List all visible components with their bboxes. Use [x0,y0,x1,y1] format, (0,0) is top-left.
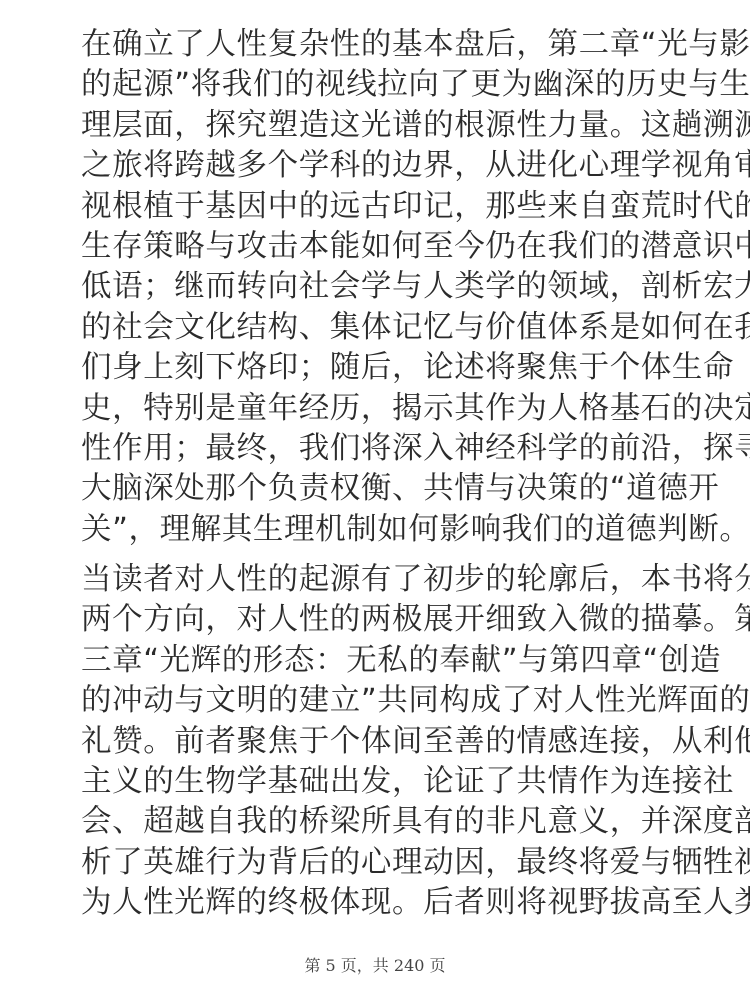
text-line: 析了英雄行为背后的心理动因，最终将爱与牺牲视 [81,843,673,883]
text-line: 当读者对人性的起源有了初步的轮廓后，本书将分 [81,560,673,600]
text-line: 主义的生物学基础出发，论证了共情作为连接社 [81,762,673,802]
text-line: 为人性光辉的终极体现。后者则将视野拔高至人类 [81,883,673,923]
text-line: 之旅将跨越多个学科的边界，从进化心理学视角审 [81,146,673,186]
page-number-footer: 第 5 页，共 240 页 [0,953,750,976]
text-line: 的社会文化结构、集体记忆与价值体系是如何在我 [81,308,673,348]
paragraph-1: 在确立了人性复杂性的基本盘后，第二章“光与影 的起源”将我们的视线拉向了更为幽深… [81,25,673,550]
text-line: 关”，理解其生理机制如何影响我们的道德判断。 [81,510,673,550]
text-line: 礼赞。前者聚焦于个体间至善的情感连接，从利他 [81,722,673,762]
paragraph-2: 当读者对人性的起源有了初步的轮廓后，本书将分 两个方向，对人性的两极展开细致入微… [81,560,673,924]
text-line: 低语；继而转向社会学与人类学的领域，剖析宏大 [81,267,673,307]
text-line: 理层面，探究塑造这光谱的根源性力量。这趟溯源 [81,106,673,146]
text-line: 会、超越自我的桥梁所具有的非凡意义，并深度剖 [81,802,673,842]
text-line: 们身上刻下烙印；随后，论述将聚焦于个体生命 [81,348,673,388]
text-line: 性作用；最终，我们将深入神经科学的前沿，探寻 [81,429,673,469]
text-line: 生存策略与攻击本能如何至今仍在我们的潜意识中 [81,227,673,267]
text-line: 的冲动与文明的建立”共同构成了对人性光辉面的 [81,681,673,721]
text-line: 史，特别是童年经历，揭示其作为人格基石的决定 [81,389,673,429]
text-line: 三章“光辉的形态：无私的奉献”与第四章“创造 [81,641,673,681]
document-page: 在确立了人性复杂性的基本盘后，第二章“光与影 的起源”将我们的视线拉向了更为幽深… [81,25,673,924]
text-line: 大脑深处那个负责权衡、共情与决策的“道德开 [81,469,673,509]
text-line: 两个方向，对人性的两极展开细致入微的描摹。第 [81,600,673,640]
text-line: 视根植于基因中的远古印记，那些来自蛮荒时代的 [81,187,673,227]
text-line: 在确立了人性复杂性的基本盘后，第二章“光与影 [81,25,673,65]
text-line: 的起源”将我们的视线拉向了更为幽深的历史与生 [81,65,673,105]
